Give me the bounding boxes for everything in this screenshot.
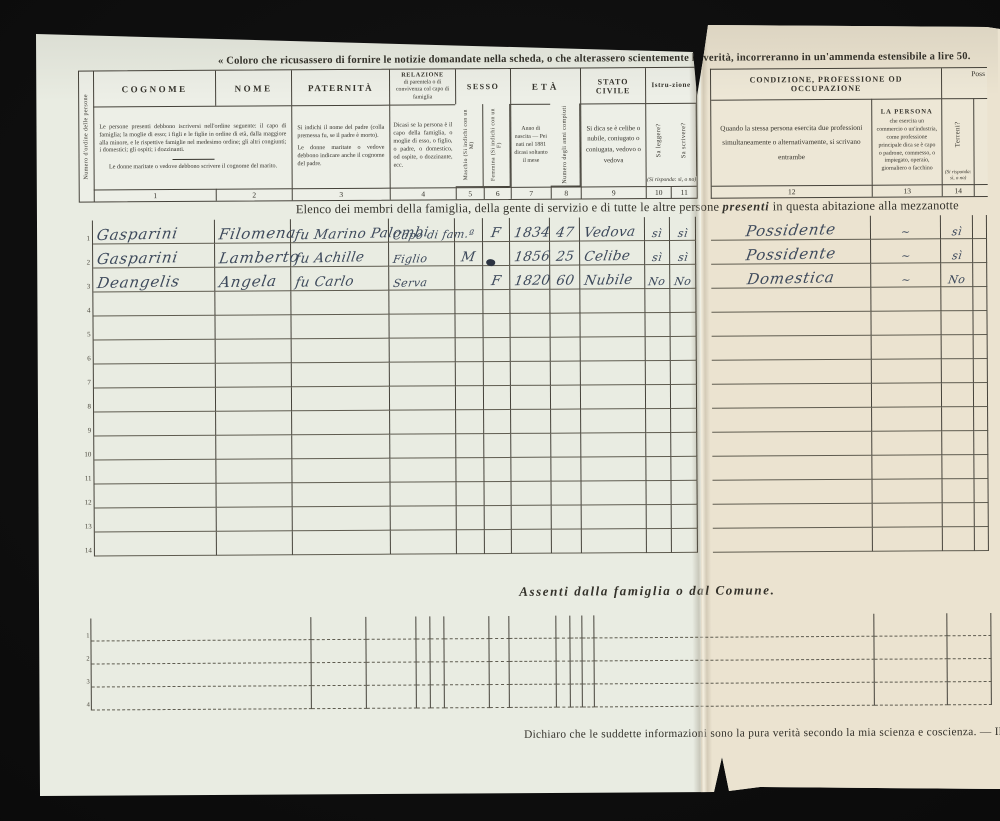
cell-sa-leggere: No <box>645 265 670 289</box>
row-number: 7 <box>80 364 94 388</box>
cell-stato-civile: Celibe <box>580 241 645 265</box>
elenco-text-presenti: presenti <box>722 199 769 213</box>
cell-nome: Angela <box>215 267 291 291</box>
cell-paternita: fu Marino Palombi <box>291 219 389 244</box>
column-number-4: 4 <box>390 187 456 199</box>
column-number-10: 10 <box>646 186 671 198</box>
sesso-femmina-label: Femmina (Si indichi con un F) <box>483 104 511 187</box>
cognome-note-2: Le donne maritate o vedove debbono scriv… <box>106 162 280 175</box>
handwriting-sesso: F <box>490 226 502 240</box>
cell-relazione: Figlio <box>389 242 455 266</box>
row-number: 8 <box>80 388 94 412</box>
declaration-note: Dichiaro che le suddette informazioni so… <box>524 726 1000 741</box>
cell-anni-compiuti: 47 <box>550 218 580 242</box>
cell-posizione: ~ <box>871 239 941 263</box>
handwriting-cognome: Deangelis <box>96 274 181 291</box>
cell-nome: Lamberto <box>215 243 291 267</box>
handwriting-sesso: F <box>490 274 502 288</box>
row-number: 12 <box>81 484 95 508</box>
elenco-caption: Elenco dei membri della famiglia, della … <box>296 198 999 217</box>
elenco-text-pre: Elenco dei membri della famiglia, della … <box>296 200 723 217</box>
row-number: 4 <box>79 292 93 316</box>
column-number-14: 14 <box>942 184 974 196</box>
note-divider <box>172 159 214 160</box>
anni-compiuti-label: Numero degli anni compiuti <box>550 104 581 187</box>
main-table-header-right: CONDIZIONE, PROFESSIONE OD OCCUPAZIONE P… <box>710 67 988 199</box>
column-number-13: 13 <box>872 184 942 196</box>
cell-professione: Possidente <box>711 216 871 241</box>
row-number: 13 <box>81 508 95 532</box>
cell-cognome: Gasparini <box>93 244 215 269</box>
column-header-possiede-partial: Poss <box>941 68 987 98</box>
column-number-3: 3 <box>292 188 390 201</box>
cell-posizione: ~ <box>871 263 941 287</box>
family-members-table-left: 1 Gasparini Filomena fu Marino Palombi C… <box>79 217 698 557</box>
row-number: 1 <box>79 220 93 244</box>
handwriting-terreni: sì <box>951 250 963 261</box>
row-number: 3 <box>79 268 93 292</box>
cell-cognome: Gasparini <box>93 220 215 245</box>
handwriting-scrive: sì <box>677 228 689 239</box>
column-number-5: 5 <box>456 187 484 199</box>
column-header-nome: NOME <box>215 70 291 105</box>
penalty-warning-note: « Coloro che ricusassero di fornire le n… <box>218 51 1000 67</box>
handwriting-mark: ~ <box>900 250 911 261</box>
column-number-8: 8 <box>551 187 581 199</box>
handwriting-professione: Possidente <box>744 222 836 239</box>
column-header-relazione: RELAZIONE di parentela o di convivenza c… <box>389 69 455 104</box>
column-number-1: 1 <box>94 189 216 202</box>
cell-terreni: No <box>941 263 973 287</box>
handwriting-anno: 1820 <box>513 274 551 288</box>
cell-sesso-f: F <box>483 266 510 290</box>
cell-sesso-m <box>455 266 483 290</box>
cell-sesso-f: F <box>483 218 510 242</box>
cell-anno-nascita: 1820 <box>510 266 550 290</box>
handwriting-sesso: M <box>460 251 476 265</box>
stato-civile-instructions: Si dica se è celibe o nubile, coniugato … <box>580 103 646 186</box>
cell-anno-nascita: 1856 <box>510 242 550 266</box>
terreni-risposta-note: (Si risponda: sì, o no) <box>943 169 974 184</box>
row-number: 6 <box>80 340 94 364</box>
family-members-table-right: Possidente ~ sì Possidente ~ sì Domestic… <box>711 215 989 553</box>
la-persona-note: che esercita un commercio o un'industria… <box>874 117 939 176</box>
handwriting-anno: 1856 <box>513 250 551 264</box>
cell-anni-compiuti: 25 <box>550 242 580 266</box>
relazione-instructions: Dicasi se la persona è il capo della fam… <box>389 104 456 187</box>
cutoff-column <box>973 98 988 184</box>
handwriting-paternita: fu Carlo <box>294 275 355 290</box>
terreni-label: Terreni? <box>954 99 961 169</box>
handwriting-professione: Possidente <box>744 246 836 263</box>
cell-cognome: Deangelis <box>93 268 215 293</box>
handwriting-relazione: Capo di fam.ª <box>392 228 475 241</box>
cell-sesso-m: M <box>455 242 483 266</box>
handwriting-nome: Lamberto <box>218 250 301 267</box>
row-number: 9 <box>80 412 94 436</box>
column-number-2: 2 <box>216 188 292 200</box>
handwriting-relazione: Serva <box>392 277 428 289</box>
column-number-9: 9 <box>581 186 646 198</box>
assenti-section-heading: Assenti dalla famiglia o dal Comune. <box>519 582 775 600</box>
handwriting-nome: Angela <box>218 274 278 290</box>
column-header-numero-ordine: Numero d'ordine delle persone <box>79 71 94 201</box>
column-number-7: 7 <box>511 187 551 199</box>
condizione-col13-instructions: LA PERSONA che esercita un commercio o u… <box>871 98 942 184</box>
main-table-header-left: Numero d'ordine delle persone COGNOME NO… <box>78 67 698 203</box>
cell-nome: Filomena <box>215 219 291 243</box>
handwriting-anni: 25 <box>555 250 575 264</box>
relazione-subtitle: di parentela o di convivenza col capo di… <box>392 79 453 103</box>
cognome-note-1: Le persone presenti debbono iscriversi n… <box>96 121 289 158</box>
sesso-maschio-label: Maschio (Si indichi con un M) <box>455 104 484 187</box>
handwriting-stato: Nubile <box>583 273 633 288</box>
column-number-6: 6 <box>484 187 511 199</box>
cell-sa-leggere: sì <box>645 241 670 265</box>
row-number: 11 <box>80 460 94 484</box>
cell-professione: Possidente <box>711 240 871 265</box>
census-sheet: « Coloro che ricusassero di fornire le n… <box>0 0 1000 821</box>
paternita-instructions: Si indichi il nome del padre (colla prem… <box>291 105 390 189</box>
cell-paternita: fu Achille <box>291 243 389 268</box>
cell-professione: Domestica <box>711 264 871 289</box>
paper-fold-seam <box>689 0 713 820</box>
anno-nascita-note: Anno di nascita — Pei nati nel 1881 dica… <box>510 104 551 187</box>
cell-sa-leggere: sì <box>645 217 670 241</box>
cognome-nome-instructions: Le persone presenti debbono iscriversi n… <box>93 105 292 189</box>
handwriting-cognome: Gasparini <box>96 250 179 267</box>
la-persona-title: LA PERSONA <box>881 108 933 117</box>
row-number: 2 <box>79 244 93 268</box>
handwriting-professione: Domestica <box>746 270 836 287</box>
handwriting-nome: Filomena <box>218 226 298 243</box>
cell-terreni: sì <box>941 215 973 239</box>
row-number: 3 <box>82 664 92 687</box>
cell-anno-nascita: 1834 <box>510 218 550 242</box>
cell-terreni: sì <box>941 239 973 263</box>
row-number: 14 <box>81 532 95 556</box>
column-header-sesso: SESSO <box>455 69 510 104</box>
handwriting-mark: ~ <box>900 226 911 237</box>
cutoff-column-number <box>974 184 988 196</box>
handwriting-mark: ~ <box>900 274 911 285</box>
handwriting-anni: 60 <box>555 274 575 288</box>
paternita-note-2: Le donne maritate o vedove debbono indic… <box>294 143 387 171</box>
elenco-text-post: in questa abitazione alla mezzanotte <box>769 198 958 213</box>
handwriting-legge: sì <box>651 228 663 239</box>
column-header-paternita: PATERNITÀ <box>291 70 389 106</box>
column-header-eta: ETÀ <box>510 69 580 104</box>
row-number: 4 <box>82 687 92 710</box>
handwriting-anno: 1834 <box>513 226 551 240</box>
handwriting-terreni: sì <box>951 226 963 237</box>
handwriting-paternita: fu Achille <box>294 251 365 266</box>
cell-anni-compiuti: 60 <box>550 266 580 290</box>
row-number: 10 <box>80 436 94 460</box>
row-number: 1 <box>81 619 91 642</box>
column-header-condizione: CONDIZIONE, PROFESSIONE OD OCCUPAZIONE <box>711 68 941 99</box>
handwriting-stato: Celibe <box>583 249 631 264</box>
assenti-table: 1 2 3 4 <box>81 613 992 711</box>
sa-leggere-label: Sa leggere? <box>646 104 671 176</box>
terreni-column: Terreni? (Si risponda: sì, o no) <box>941 98 974 184</box>
column-header-cognome: COGNOME <box>93 71 215 107</box>
cell-posizione: ~ <box>871 215 941 239</box>
row-number: 5 <box>79 316 93 340</box>
cell-relazione: Serva <box>389 266 455 290</box>
handwriting-relazione: Figlio <box>392 253 428 265</box>
handwriting-cognome: Gasparini <box>96 226 179 243</box>
column-number-12: 12 <box>712 185 872 198</box>
handwriting-anni: 47 <box>554 226 574 240</box>
column-header-stato-civile: STATO CIVILE <box>580 68 645 103</box>
handwriting-stato: Vedova <box>583 225 637 240</box>
handwriting-legge: sì <box>651 252 663 263</box>
condizione-col12-instructions: Quando la stessa persona esercita due pr… <box>711 99 872 186</box>
handwriting-scrive: sì <box>677 252 689 263</box>
row-number: 2 <box>81 642 91 665</box>
cell-relazione: Capo di fam.ª <box>389 218 455 242</box>
handwriting-legge: No <box>648 276 667 287</box>
cell-stato-civile: Nubile <box>580 265 645 289</box>
handwriting-terreni: No <box>947 274 966 285</box>
cell-stato-civile: Vedova <box>580 217 645 241</box>
paternita-note-1: Si indichi il nome del padre (colla prem… <box>294 123 387 143</box>
sheet-content: « Coloro che ricusassero di fornire le n… <box>0 0 1000 821</box>
cell-paternita: fu Carlo <box>291 267 389 292</box>
